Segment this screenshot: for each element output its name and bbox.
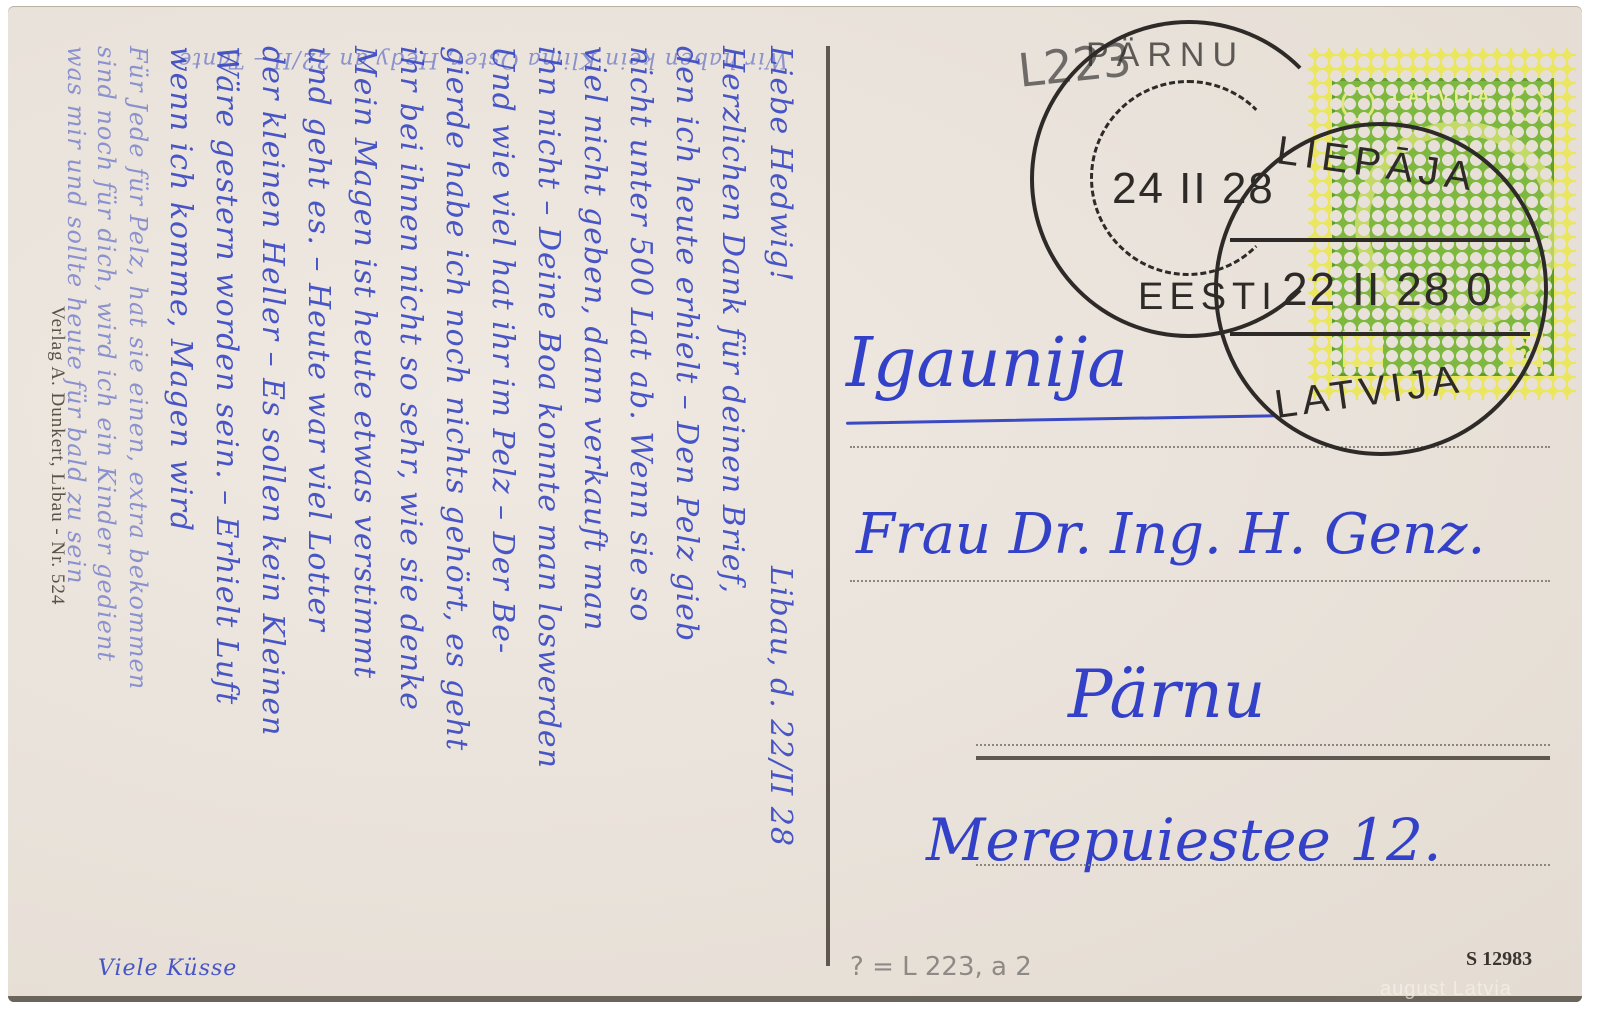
address-city: Pärnu bbox=[1068, 656, 1265, 733]
card-edge bbox=[8, 996, 1582, 1002]
postmark-liepaja-bar bbox=[1230, 332, 1530, 336]
address-line-1 bbox=[850, 446, 1550, 448]
address-line-2 bbox=[850, 580, 1550, 582]
message-line: den ich heute erhielt – Den Pelz gieb bbox=[669, 46, 704, 642]
address-country: Igaunija bbox=[846, 324, 1128, 403]
address-line-4 bbox=[976, 864, 1550, 866]
message-line: gierde habe ich noch nichts gehört, es g… bbox=[439, 46, 474, 751]
pencil-note-bottom: ? = L 223, a 2 bbox=[850, 952, 1032, 982]
message-line: ihr bei ihnen nicht so sehr, wie sie den… bbox=[393, 46, 428, 711]
message-line: nicht unter 500 Lat ab. Wenn sie so bbox=[623, 46, 658, 622]
message-line: der kleinen Heller – Es sollen kein Klei… bbox=[255, 46, 290, 736]
message-line: ihn nicht – Deine Boa konnte man loswerd… bbox=[531, 46, 566, 769]
message-line: sind noch für dich, wird ich ein Kinder … bbox=[92, 46, 120, 662]
country-underline bbox=[846, 414, 1276, 425]
message-line: Herzlichen Dank für deinen Brief, bbox=[715, 46, 750, 594]
postmark-liepaja-date: 22 II 28 0 bbox=[1282, 262, 1494, 316]
message-line: wenn ich komme, Magen wird bbox=[163, 46, 198, 532]
postmark-liepaja-bar bbox=[1230, 238, 1530, 242]
postmark-parnu-place: PÄRNU bbox=[1086, 36, 1245, 75]
address-line-3 bbox=[976, 744, 1550, 746]
message-greeting: Liebe Hedwig! bbox=[763, 46, 798, 282]
message-line: Für Jede für Pelz, hat sie einen, extra … bbox=[124, 46, 152, 690]
publisher-imprint: Verlag A. Dunkert, Libau - Nr. 524 bbox=[46, 306, 68, 605]
stamp-country: LATVIJA bbox=[1335, 87, 1551, 108]
center-divider bbox=[826, 46, 830, 966]
address-city-rule bbox=[976, 756, 1550, 760]
message-line: Mein Magen ist heute etwas verstimmt bbox=[347, 46, 382, 679]
message-line: und geht es. – Heute war viel Lotter bbox=[301, 46, 336, 632]
address-recipient: Frau Dr. Ing. H. Genz. bbox=[856, 502, 1485, 567]
message-line: viel nicht geben, dann verkauft man bbox=[577, 46, 612, 631]
postcard: Wir haben kein Klima Oster, Hedy an 22/I… bbox=[8, 6, 1582, 1002]
message-closing: Viele Küsse bbox=[98, 956, 237, 981]
message-line: Und wie viel hat ihr im Pelz – Der Be- bbox=[485, 46, 520, 654]
card-code: S 12983 bbox=[1466, 948, 1532, 971]
message-place-date: Libau, d. 22/II 28 bbox=[763, 566, 798, 847]
watermark: august Latvia bbox=[1380, 978, 1512, 1001]
message-line: Wäre gestern worden sein. – Erhielt Luft bbox=[209, 46, 244, 705]
